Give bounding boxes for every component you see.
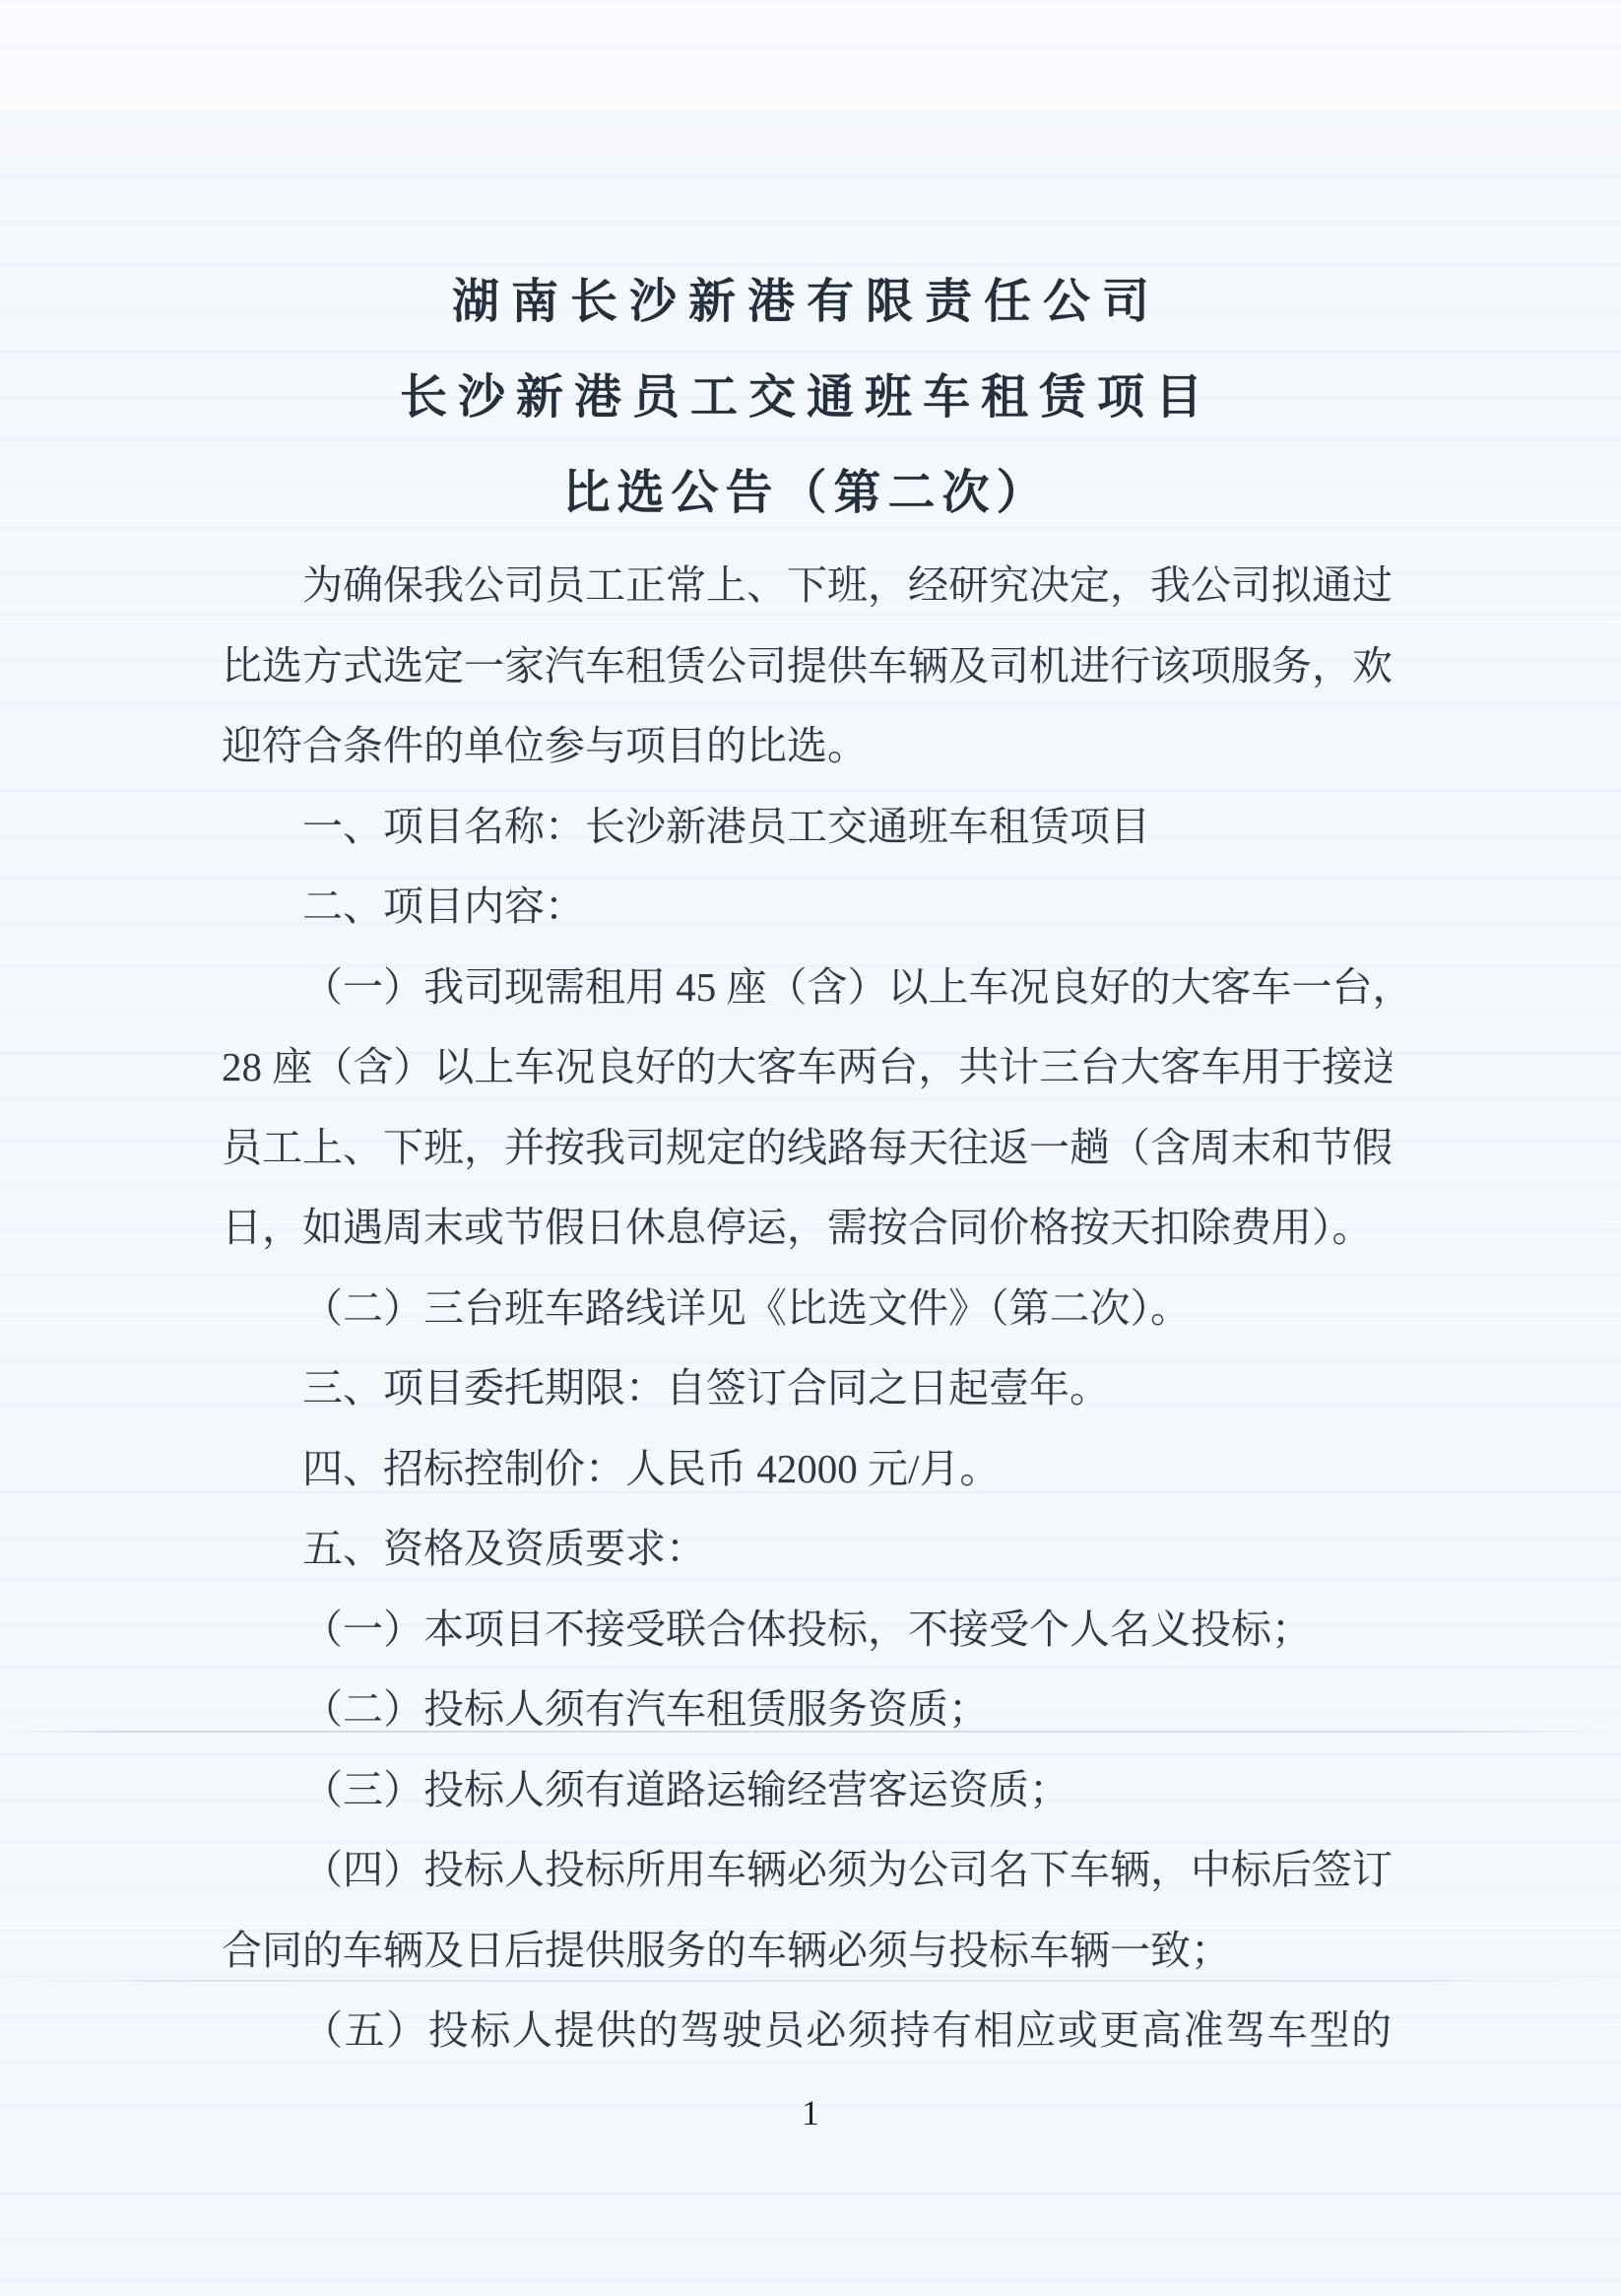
document-title-line-announcement: 比选公告（第二次） [222, 445, 1392, 541]
document-title-block: 湖南长沙新港有限责任公司 长沙新港员工交通班车租赁项目 比选公告（第二次） [222, 254, 1392, 541]
document-line: 五、资格及资质要求： [222, 1509, 1392, 1590]
document-line: （二）三台班车路线详见《比选文件》（第二次）。 [222, 1269, 1392, 1349]
document-line: （一）本项目不接受联合体投标，不接受个人名义投标； [222, 1590, 1392, 1671]
scanned-document-page: 湖南长沙新港有限责任公司 长沙新港员工交通班车租赁项目 比选公告（第二次） 为确… [0, 0, 1621, 2296]
page-number: 1 [0, 2092, 1621, 2133]
document-line: （五）投标人提供的驾驶员必须持有相应或更高准驾车型的 [222, 1991, 1392, 2071]
document-line: 日，如遇周末或节假日休息停运，需按合同价格按天扣除费用）。 [222, 1188, 1392, 1269]
document-line: （一）我司现需租用 45 座（含）以上车况良好的大客车一台， [222, 948, 1392, 1028]
document-line: 28 座（含）以上车况良好的大客车两台，共计三台大客车用于接送 [222, 1027, 1392, 1108]
document-line: 合同的车辆及日后提供服务的车辆必须与投标车辆一致； [222, 1911, 1392, 1992]
document-line: （四）投标人投标所用车辆必须为公司名下车辆，中标后签订 [222, 1830, 1392, 1911]
document-line: 为确保我公司员工正常上、下班，经研究决定，我公司拟通过 [222, 546, 1392, 626]
document-line: 比选方式选定一家汽车租赁公司提供车辆及司机进行该项服务，欢 [222, 626, 1392, 707]
document-line: 三、项目委托期限：自签订合同之日起壹年。 [222, 1348, 1392, 1429]
document-title-line-company: 湖南长沙新港有限责任公司 [222, 254, 1392, 350]
document-body: 为确保我公司员工正常上、下班，经研究决定，我公司拟通过 比选方式选定一家汽车租赁… [222, 546, 1392, 2071]
document-line: 一、项目名称：长沙新港员工交通班车租赁项目 [222, 787, 1392, 868]
document-line: （二）投标人须有汽车租赁服务资质； [222, 1670, 1392, 1750]
document-title-line-project: 长沙新港员工交通班车租赁项目 [222, 350, 1392, 445]
document-line: 二、项目内容： [222, 867, 1392, 948]
document-line: 员工上、下班，并按我司规定的线路每天往返一趟（含周末和节假 [222, 1108, 1392, 1189]
document-line: （三）投标人须有道路运输经营客运资质； [222, 1750, 1392, 1831]
document-line: 迎符合条件的单位参与项目的比选。 [222, 706, 1392, 787]
document-line: 四、招标控制价：人民币 42000 元/月。 [222, 1429, 1392, 1510]
